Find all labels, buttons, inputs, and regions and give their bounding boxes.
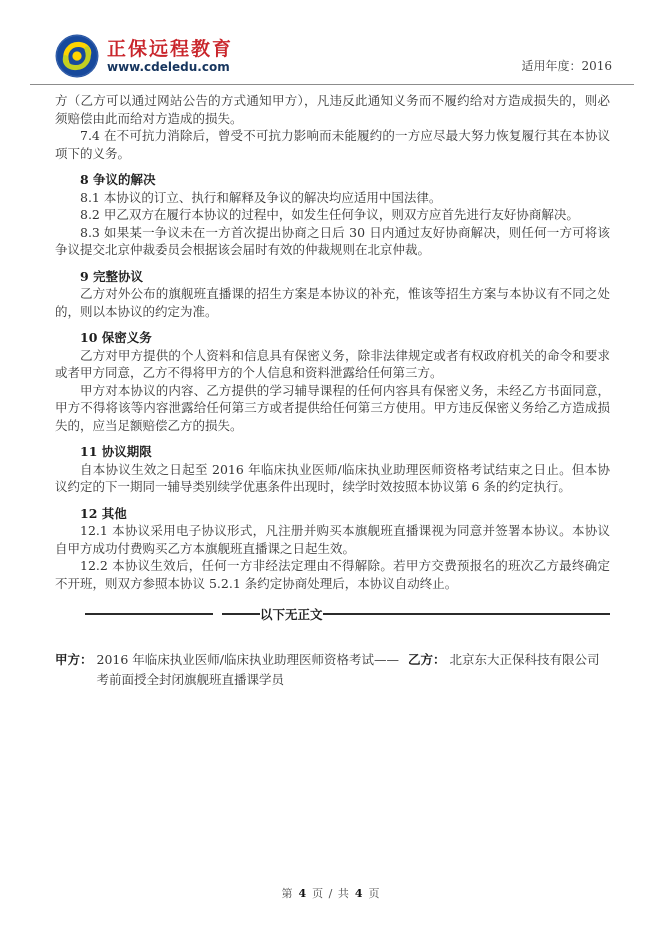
party-b-name: 北京东大正保科技有限公司 <box>446 650 600 690</box>
end-of-text-label: 以下无正文 <box>260 605 323 623</box>
section-heading: 9 完整协议 <box>55 268 610 286</box>
agreement-paragraph: 乙方对甲方提供的个人资料和信息具有保密义务，除非法律规定或者有权政府机关的命令和… <box>55 347 610 382</box>
brand-text-block: 正保远程教育 www.cdeledu.com <box>107 38 233 75</box>
page-number-middle: 页 / 共 <box>312 887 350 900</box>
divider-line-segment <box>85 613 213 615</box>
party-a-signature: 甲方： 2016 年临床执业医师/临床执业助理医师资格考试—— 考前面授全封闭旗… <box>55 650 408 690</box>
divider-line-segment <box>323 613 610 615</box>
applicable-year-label: 适用年度：2016 <box>521 57 612 78</box>
current-page-number: 4 <box>298 887 307 900</box>
party-b-signature: 乙方： 北京东大正保科技有限公司 <box>408 650 610 690</box>
page-footer: 第4页 / 共4页 <box>0 885 662 901</box>
brand-url: www.cdeledu.com <box>107 60 233 75</box>
brand-logo: 正保远程教育 www.cdeledu.com <box>55 34 233 78</box>
page-number-suffix: 页 <box>369 887 381 900</box>
agreement-paragraph: 7.4 在不可抗力消除后，曾受不可抗力影响而未能履约的一方应尽最大努力恢复履行其… <box>55 127 610 162</box>
agreement-paragraph: 8.1 本协议的订立、执行和解释及争议的解决均应适用中国法律。 <box>55 189 610 207</box>
agreement-paragraph: 8.3 如果某一争议未在一方首次提出协商之日后 30 日内通过友好协商解决，则任… <box>55 224 610 259</box>
agreement-paragraph: 自本协议生效之日起至 2016 年临床执业医师/临床执业助理医师资格考试结束之日… <box>55 461 610 496</box>
brand-name: 正保远程教育 <box>107 38 233 60</box>
header-divider <box>30 84 634 85</box>
party-b-label: 乙方： <box>408 650 446 690</box>
brand-swirl-icon <box>55 34 99 78</box>
agreement-paragraph: 12.2 本协议生效后，任何一方非经法定理由不得解除。若甲方交费预报名的班次乙方… <box>55 557 610 592</box>
party-a-name: 2016 年临床执业医师/临床执业助理医师资格考试—— 考前面授全封闭旗舰班直播… <box>93 650 400 690</box>
signature-block: 甲方： 2016 年临床执业医师/临床执业助理医师资格考试—— 考前面授全封闭旗… <box>55 650 610 690</box>
end-of-text-divider: 以下无正文 <box>85 605 610 623</box>
section-heading: 11 协议期限 <box>55 443 610 461</box>
section-heading: 10 保密义务 <box>55 329 610 347</box>
party-a-name-line1: 2016 年临床执业医师/临床执业助理医师资格考试—— <box>97 652 400 667</box>
divider-line-segment <box>222 613 260 615</box>
party-a-name-line2: 考前面授全封闭旗舰班直播课学员 <box>97 672 285 687</box>
agreement-paragraph: 甲方对本协议的内容、乙方提供的学习辅导课程的任何内容具有保密义务，未经乙方书面同… <box>55 382 610 435</box>
page-number-prefix: 第 <box>281 887 293 900</box>
document-page: 正保远程教育 www.cdeledu.com 适用年度：2016 方（乙方可以通… <box>0 0 662 935</box>
section-heading: 12 其他 <box>55 505 610 523</box>
section-heading: 8 争议的解决 <box>55 171 610 189</box>
total-page-number: 4 <box>355 887 364 900</box>
party-a-label: 甲方： <box>55 650 93 690</box>
page-header: 正保远程教育 www.cdeledu.com 适用年度：2016 <box>0 0 662 84</box>
agreement-paragraph: 12.1 本协议采用电子协议形式，凡注册并购买本旗舰班直播课视为同意并签署本协议… <box>55 522 610 557</box>
agreement-paragraph: 方（乙方可以通过网站公告的方式通知甲方），凡违反此通知义务而不履约给对方造成损失… <box>55 92 610 127</box>
agreement-paragraph: 8.2 甲乙双方在履行本协议的过程中，如发生任何争议，则双方应首先进行友好协商解… <box>55 206 610 224</box>
agreement-body: 方（乙方可以通过网站公告的方式通知甲方），凡违反此通知义务而不履约给对方造成损失… <box>55 92 610 592</box>
agreement-paragraph: 乙方对外公布的旗舰班直播课的招生方案是本协议的补充，惟该等招生方案与本协议有不同… <box>55 285 610 320</box>
